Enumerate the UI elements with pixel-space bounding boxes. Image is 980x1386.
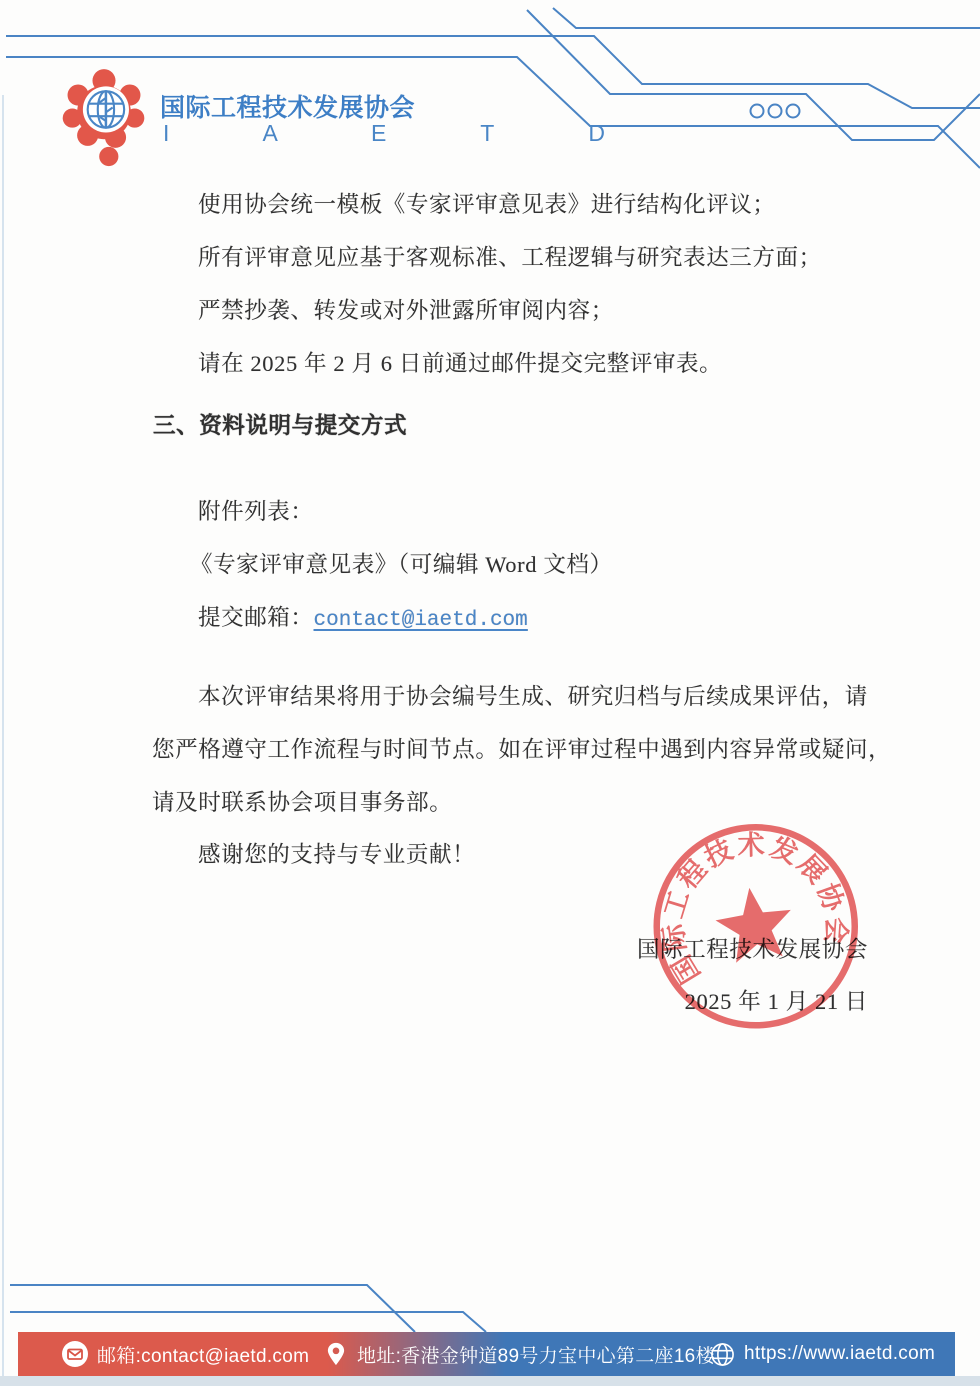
footer-bottom-strip <box>0 1376 980 1386</box>
closing-paragraph-line: 请及时联系协会项目事务部。 <box>152 785 452 817</box>
bullet-line: 请在 2025 年 2 月 6 日前通过邮件提交完整评审表。 <box>198 346 722 378</box>
closing-paragraph-line: 本次评审结果将用于协会编号生成、研究归档与后续成果评估，请 <box>198 679 868 711</box>
seal-star <box>712 883 797 965</box>
thanks-line: 感谢您的支持与专业贡献！ <box>198 837 475 869</box>
bullet-line: 严禁抄袭、转发或对外泄露所审阅内容； <box>198 293 614 325</box>
org-logo <box>56 68 152 172</box>
footer-address-text: 地址:香港金钟道89号力宝中心第二座16楼 <box>357 1341 715 1368</box>
org-abbr-title: I A E T D <box>163 120 649 147</box>
submit-email-line: 提交邮箱：contact@iaetd.com <box>198 600 528 632</box>
footer-email-item: 邮箱:contact@iaetd.com <box>62 1332 309 1376</box>
closing-paragraph-line: 您严格遵守工作流程与时间节点。如在评审过程中遇到内容异常或疑问， <box>152 732 891 764</box>
attachment-label: 附件列表： <box>198 494 314 526</box>
email-icon <box>62 1341 88 1367</box>
globe-icon <box>710 1342 735 1367</box>
bottom-decor-lines <box>0 1281 980 1333</box>
bullet-line: 使用协会统一模板《专家评审意见表》进行结构化评议； <box>198 187 776 219</box>
footer-email-text: 邮箱:contact@iaetd.com <box>97 1341 309 1368</box>
letter-page: 国际工程技术发展协会 I A E T D 使用协会统一模板《专家评审意见表》进行… <box>0 0 980 1386</box>
footer-website-text: https://www.iaetd.com <box>744 1343 935 1365</box>
section-heading: 三、资料说明与提交方式 <box>153 408 407 440</box>
submit-email-link[interactable]: contact@iaetd.com <box>314 609 528 632</box>
footer-contact-bar: 邮箱:contact@iaetd.com 地址:香港金钟道89号力宝中心第二座1… <box>18 1332 955 1376</box>
footer-website-item: https://www.iaetd.com <box>710 1332 935 1376</box>
footer-address-item: 地址:香港金钟道89号力宝中心第二座16楼 <box>324 1332 715 1376</box>
scan-edge-line <box>2 95 4 1386</box>
official-seal-stamp: 国际工程技术发展协会 <box>636 804 881 1052</box>
location-pin-icon <box>324 1340 348 1368</box>
submit-email-label: 提交邮箱： <box>198 605 314 630</box>
attachment-item: 《专家评审意见表》（可编辑 Word 文档） <box>190 547 613 579</box>
org-name-title: 国际工程技术发展协会 <box>160 88 560 124</box>
bullet-line: 所有评审意见应基于客观标准、工程逻辑与研究表达三方面； <box>198 240 822 272</box>
